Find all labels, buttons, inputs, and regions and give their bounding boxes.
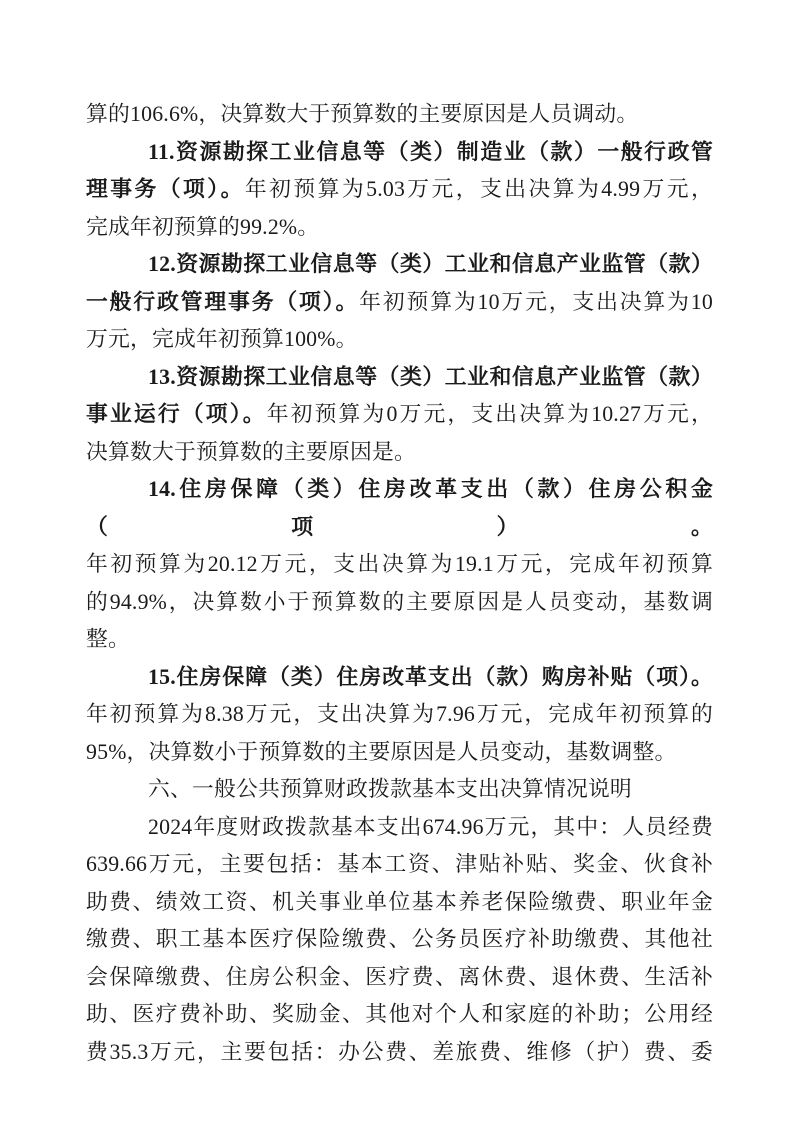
text-segment: 会保障缴费、住房公积金、医疗费、离休费、退休费、生活补: [86, 965, 713, 989]
document-line: 费35.3万元，主要包括：办公费、差旅费、维修（护）费、委: [86, 1034, 713, 1072]
document-line: 完成年初预算的99.2%。: [86, 209, 713, 247]
text-segment: 万元，完成年初预算100%。: [86, 327, 358, 351]
document-line: 万元，完成年初预算100%。: [86, 321, 713, 359]
document-line: 缴费、职工基本医疗保险缴费、公务员医疗补助缴费、其他社: [86, 921, 713, 959]
text-segment: 95%，决算数小于预算数的主要原因是人员变动，基数调整。: [86, 740, 676, 764]
document-line: 95%，决算数小于预算数的主要原因是人员变动，基数调整。: [86, 734, 713, 772]
document-line: 助、医疗费补助、奖励金、其他对个人和家庭的补助；公用经: [86, 996, 713, 1034]
text-segment-bold: 事业运行（项）。: [86, 402, 267, 426]
text-segment: 2024年度财政拨款基本支出674.96万元，其中：人员经费: [148, 815, 713, 839]
document-content: 算的106.6%，决算数大于预算数的主要原因是人员调动。11.资源勘探工业信息等…: [86, 96, 713, 1071]
document-line: 14.住房保障（类）住房改革支出（款）住房公积金（项）。: [86, 471, 713, 546]
text-segment-bold: 15.住房保障（类）住房改革支出（款）购房补贴（项）。: [148, 665, 713, 689]
text-segment: 年初预算为20.12万元，支出决算为19.1万元，完成年初预算: [86, 552, 713, 576]
document-line: 年初预算为20.12万元，支出决算为19.1万元，完成年初预算: [86, 546, 713, 584]
text-segment: 算的106.6%，决算数大于预算数的主要原因是人员调动。: [86, 102, 638, 126]
text-segment-bold: 11.资源勘探工业信息等（类）制造业（款）一般行政管: [148, 140, 713, 164]
document-line: 13.资源勘探工业信息等（类）工业和信息产业监管（款）: [86, 359, 713, 397]
document-line: 639.66万元，主要包括：基本工资、津贴补贴、奖金、伙食补: [86, 846, 713, 884]
text-segment: 完成年初预算的99.2%。: [86, 215, 319, 239]
text-segment: 六、一般公共预算财政拨款基本支出决算情况说明: [148, 777, 632, 801]
document-line: 一般行政管理事务（项）。年初预算为10万元，支出决算为10: [86, 284, 713, 322]
document-line: 理事务（项）。年初预算为5.03万元，支出决算为4.99万元，: [86, 171, 713, 209]
document-line: 事业运行（项）。年初预算为0万元，支出决算为10.27万元，: [86, 396, 713, 434]
document-line: 年初预算为8.38万元，支出决算为7.96万元，完成年初预算的: [86, 696, 713, 734]
text-segment: 助费、绩效工资、机关事业单位基本养老保险缴费、职业年金: [86, 890, 713, 914]
document-line: 会保障缴费、住房公积金、医疗费、离休费、退休费、生活补: [86, 959, 713, 997]
document-line: 助费、绩效工资、机关事业单位基本养老保险缴费、职业年金: [86, 884, 713, 922]
text-segment: 费35.3万元，主要包括：办公费、差旅费、维修（护）费、委: [86, 1040, 713, 1064]
text-segment: 的94.9%，决算数小于预算数的主要原因是人员变动，基数调: [86, 590, 713, 614]
text-segment: 缴费、职工基本医疗保险缴费、公务员医疗补助缴费、其他社: [86, 927, 713, 951]
text-segment: 639.66万元，主要包括：基本工资、津贴补贴、奖金、伙食补: [86, 852, 713, 876]
text-segment: 整。: [86, 627, 130, 651]
document-line: 六、一般公共预算财政拨款基本支出决算情况说明: [86, 771, 713, 809]
text-segment: 年初预算为8.38万元，支出决算为7.96万元，完成年初预算的: [86, 702, 713, 726]
document-line: 12.资源勘探工业信息等（类）工业和信息产业监管（款）: [86, 246, 713, 284]
document-line: 11.资源勘探工业信息等（类）制造业（款）一般行政管: [86, 134, 713, 172]
text-segment: 年初预算为0万元，支出决算为10.27万元，: [267, 402, 713, 426]
text-segment-bold: 一般行政管理事务（项）。: [86, 290, 359, 314]
text-segment-bold: 12.资源勘探工业信息等（类）工业和信息产业监管（款）: [148, 252, 713, 276]
text-segment: 年初预算为10万元，支出决算为10: [359, 290, 713, 314]
document-page: 算的106.6%，决算数大于预算数的主要原因是人员调动。11.资源勘探工业信息等…: [0, 0, 794, 1122]
document-line: 15.住房保障（类）住房改革支出（款）购房补贴（项）。: [86, 659, 713, 697]
text-segment-bold: 13.资源勘探工业信息等（类）工业和信息产业监管（款）: [148, 365, 713, 389]
text-segment-bold: 理事务（项）。: [86, 177, 245, 201]
text-segment-bold: 14.住房保障（类）住房改革支出（款）住房公积金（项）。: [86, 477, 713, 539]
document-line: 决算数大于预算数的主要原因是。: [86, 434, 713, 472]
document-line: 整。: [86, 621, 713, 659]
text-segment: 决算数大于预算数的主要原因是。: [86, 440, 416, 464]
document-line: 的94.9%，决算数小于预算数的主要原因是人员变动，基数调: [86, 584, 713, 622]
text-segment: 助、医疗费补助、奖励金、其他对个人和家庭的补助；公用经: [86, 1002, 713, 1026]
document-line: 2024年度财政拨款基本支出674.96万元，其中：人员经费: [86, 809, 713, 847]
document-line: 算的106.6%，决算数大于预算数的主要原因是人员调动。: [86, 96, 713, 134]
text-segment: 年初预算为5.03万元，支出决算为4.99万元，: [245, 177, 713, 201]
